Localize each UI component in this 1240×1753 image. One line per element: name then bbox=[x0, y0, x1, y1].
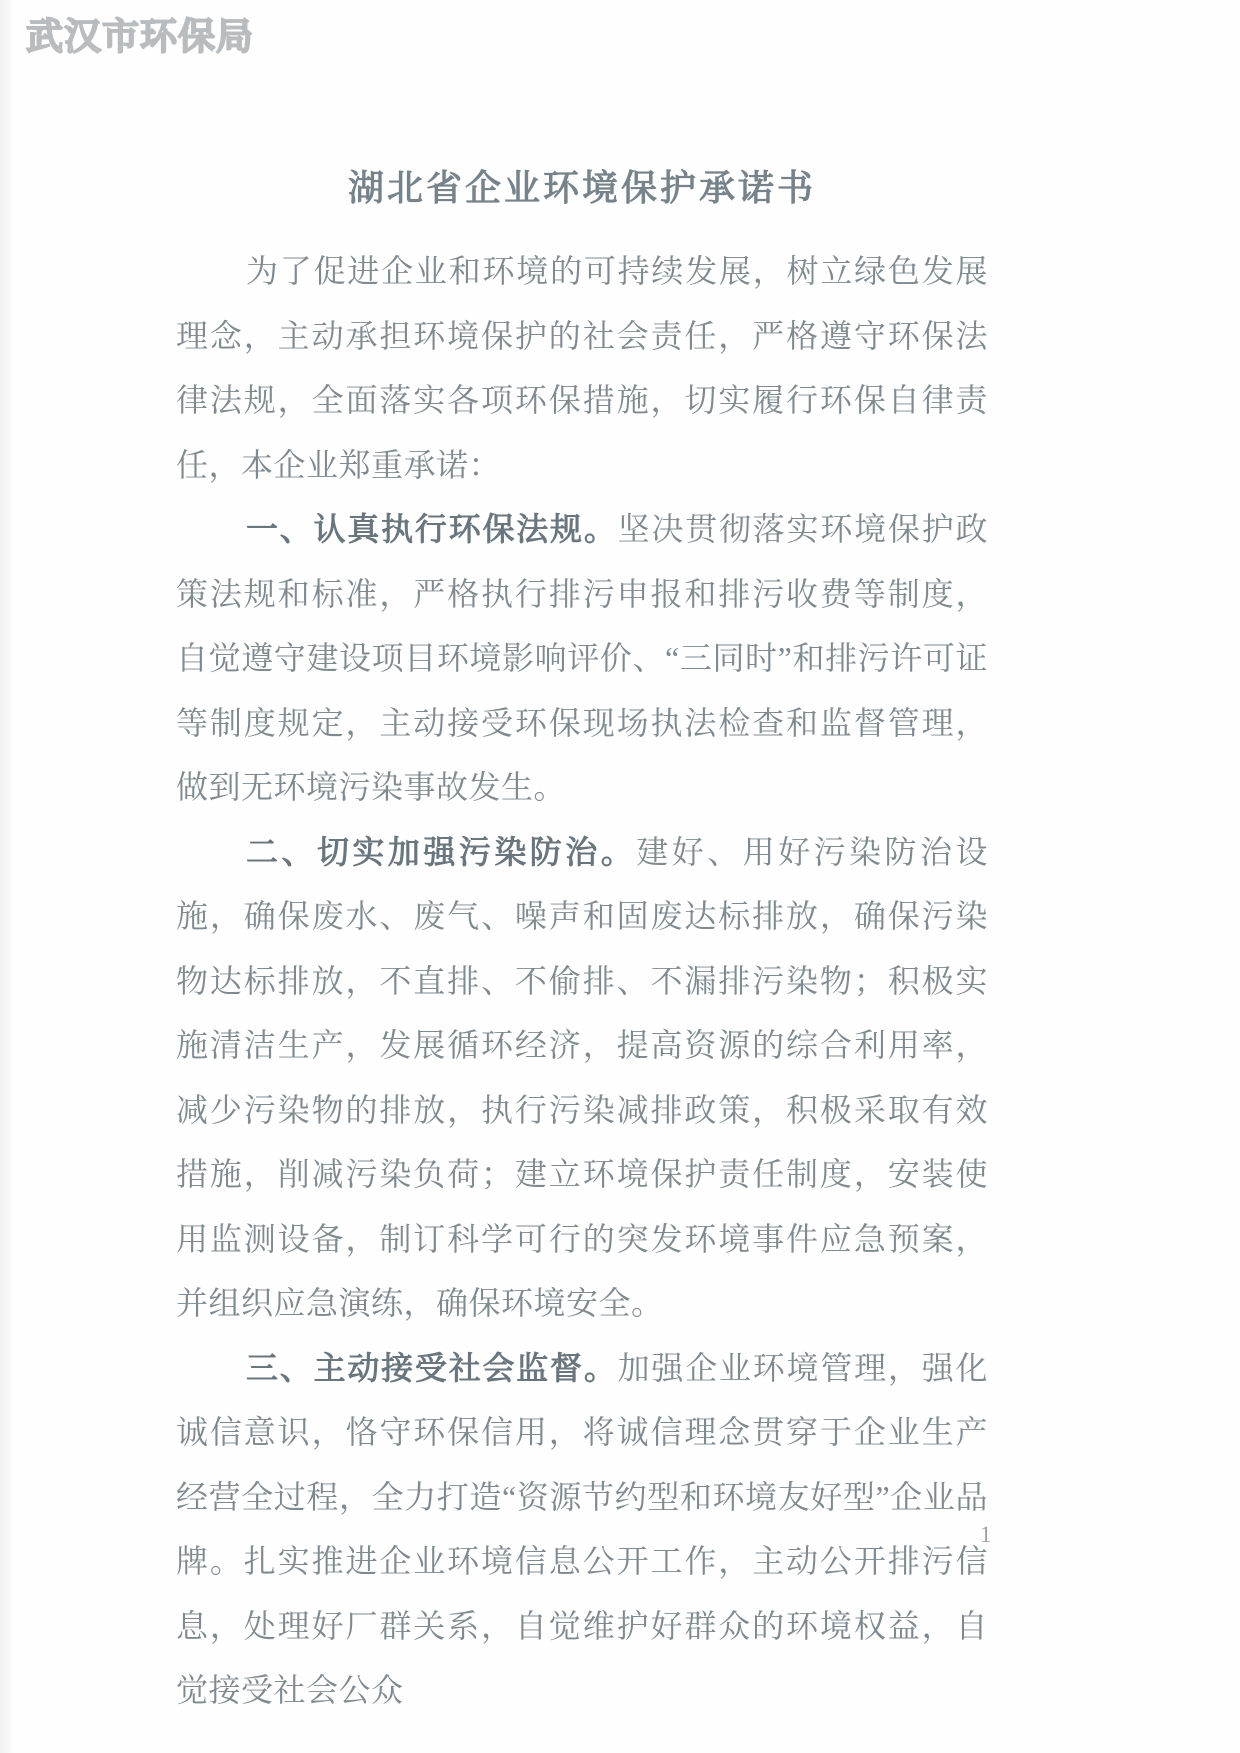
agency-watermark: 武汉市环保局 bbox=[26, 6, 254, 60]
paragraph: 为了促进企业和环境的可持续发展，树立绿色发展理念，主动承担环境保护的社会责任，严… bbox=[176, 239, 988, 497]
section-lead: 三、主动接受社会监督。 bbox=[246, 1350, 618, 1386]
paragraph: 一、认真执行环保法规。坚决贯彻落实环境保护政策法规和标准，严格执行排污申报和排污… bbox=[176, 497, 988, 820]
paragraph-text: 加强企业环境管理，强化诚信意识，恪守环保信用，将诚信理念贯穿于企业生产经营全过程… bbox=[176, 1350, 988, 1709]
scanned-document-page: 武汉市环保局 湖北省企业环境保护承诺书 为了促进企业和环境的可持续发展，树立绿色… bbox=[0, 0, 1240, 1753]
section-lead: 一、认真执行环保法规。 bbox=[246, 511, 618, 547]
paragraph: 三、主动接受社会监督。加强企业环境管理，强化诚信意识，恪守环保信用，将诚信理念贯… bbox=[176, 1336, 988, 1723]
page-number: 1 bbox=[980, 1522, 992, 1548]
paragraph-text: 坚决贯彻落实环境保护政策法规和标准，严格执行排污申报和排污收费等制度，自觉遵守建… bbox=[176, 511, 988, 805]
paragraph: 二、切实加强污染防治。建好、用好污染防治设施，确保废水、废气、噪声和固废达标排放… bbox=[176, 820, 988, 1336]
document-body: 为了促进企业和环境的可持续发展，树立绿色发展理念，主动承担环境保护的社会责任，严… bbox=[0, 211, 1240, 1723]
paragraph-text: 建好、用好污染防治设施，确保废水、废气、噪声和固废达标排放，确保污染物达标排放，… bbox=[176, 834, 988, 1322]
paragraph-text: 为了促进企业和环境的可持续发展，树立绿色发展理念，主动承担环境保护的社会责任，严… bbox=[176, 253, 988, 483]
section-lead: 二、切实加强污染防治。 bbox=[246, 834, 636, 870]
